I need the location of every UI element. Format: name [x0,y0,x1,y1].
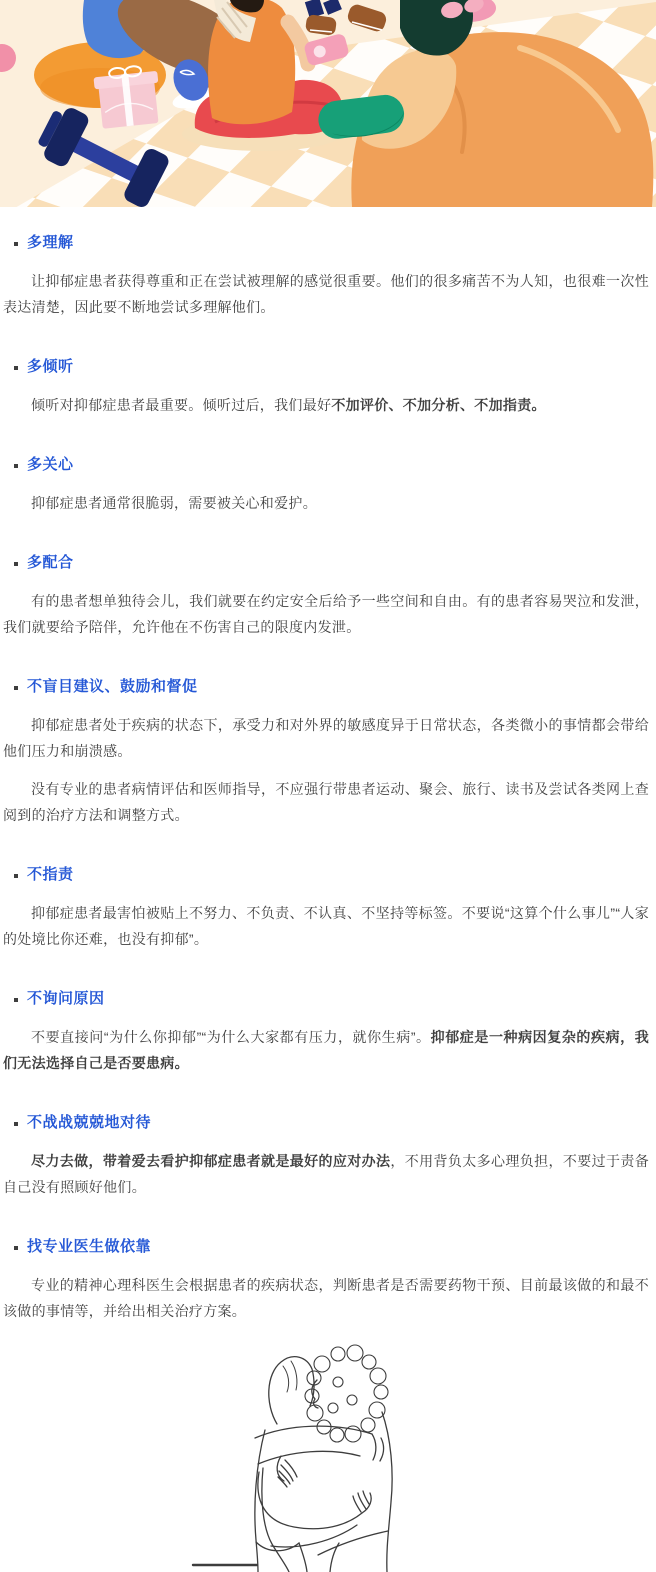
section-heading: 多配合 [14,550,649,576]
section-heading: 找专业医生做依靠 [14,1234,649,1260]
body-text: 不要直接问“为什么你抑郁”“为什么大家都有压力，就你生病”。 [31,1029,431,1045]
section-heading-text: 多理解 [27,230,74,256]
square-bullet-icon [14,1246,18,1250]
article-body: 多理解让抑郁症患者获得尊重和正在尝试被理解的感觉很重要。他们的很多痛苦不为人知，… [0,230,656,1324]
section-heading-text: 多倾听 [27,354,74,380]
picnic-group-illustration [0,0,656,207]
paragraph: 倾听对抑郁症患者最重要。倾听过后，我们最好不加评价、不加分析、不加指责。 [3,392,649,418]
paragraph: 有的患者想单独待会儿，我们就要在约定安全后给予一些空间和自由。有的患者容易哭泣和… [3,588,649,640]
body-text: 倾听对抑郁症患者最重要。倾听过后，我们最好 [31,397,331,413]
body-text: 有的患者想单独待会儿，我们就要在约定安全后给予一些空间和自由。有的患者容易哭泣和… [3,593,649,635]
section-heading-text: 找专业医生做依靠 [27,1234,151,1260]
emphasis-text: 尽力去做，带着爱去看护抑郁症患者就是最好的应对办法 [31,1153,390,1169]
curly-hair [305,1345,388,1442]
section-heading-text: 不战战兢兢地对待 [27,1110,151,1136]
section-heading: 多关心 [14,452,649,478]
body-text: 抑郁症患者通常很脆弱，需要被关心和爱护。 [31,495,317,511]
square-bullet-icon [14,998,18,1002]
paragraph: 尽力去做，带着爱去看护抑郁症患者就是最好的应对办法，不用背负太多心理负担，不要过… [3,1148,649,1200]
section-heading-text: 不询问原因 [27,986,105,1012]
section-heading: 不指责 [14,862,649,888]
section-heading-text: 不指责 [27,862,74,888]
paragraph: 抑郁症患者最害怕被贴上不努力、不负责、不认真、不坚持等标签。不要说“这算个什么事… [3,900,649,952]
square-bullet-icon [14,366,18,370]
article-sections: 多理解让抑郁症患者获得尊重和正在尝试被理解的感觉很重要。他们的很多痛苦不为人知，… [3,230,649,1324]
paragraph: 没有专业的患者病情评估和医师指导，不应强行带患者运动、聚会、旅行、读书及尝试各类… [3,776,649,828]
paragraph: 抑郁症患者处于疾病的状态下，承受力和对外界的敏感度异于日常状态，各类微小的事情都… [3,712,649,764]
body-text: 抑郁症患者处于疾病的状态下，承受力和对外界的敏感度异于日常状态，各类微小的事情都… [3,717,649,759]
paragraph: 不要直接问“为什么你抑郁”“为什么大家都有压力，就你生病”。抑郁症是一种病因复杂… [3,1024,649,1076]
body-text: 没有专业的患者病情评估和医师指导，不应强行带患者运动、聚会、旅行、读书及尝试各类… [3,781,649,823]
section-heading-text: 多关心 [27,452,74,478]
article-section: 不战战兢兢地对待尽力去做，带着爱去看护抑郁症患者就是最好的应对办法，不用背负太多… [3,1110,649,1200]
section-heading: 多理解 [14,230,649,256]
paragraph: 专业的精神心理科医生会根据患者的疾病状态，判断患者是否需要药物干预、目前最该做的… [3,1272,649,1324]
paragraph: 抑郁症患者通常很脆弱，需要被关心和爱护。 [3,490,649,516]
square-bullet-icon [14,874,18,878]
square-bullet-icon [14,686,18,690]
body-text: 专业的精神心理科医生会根据患者的疾病状态，判断患者是否需要药物干预、目前最该做的… [3,1277,649,1319]
article-section: 不指责抑郁症患者最害怕被贴上不努力、不负责、不认真、不坚持等标签。不要说“这算个… [3,862,649,952]
emphasis-text: 不加评价、不加分析、不加指责。 [331,397,546,413]
article-section: 不询问原因不要直接问“为什么你抑郁”“为什么大家都有压力，就你生病”。抑郁症是一… [3,986,649,1076]
square-bullet-icon [14,1122,18,1126]
article-section: 多关心抑郁症患者通常很脆弱，需要被关心和爱护。 [3,452,649,516]
square-bullet-icon [14,562,18,566]
article-section: 多倾听倾听对抑郁症患者最重要。倾听过后，我们最好不加评价、不加分析、不加指责。 [3,354,649,418]
body-text: 让抑郁症患者获得尊重和正在尝试被理解的感觉很重要。他们的很多痛苦不为人知，也很难… [3,273,649,315]
paragraph: 让抑郁症患者获得尊重和正在尝试被理解的感觉很重要。他们的很多痛苦不为人知，也很难… [3,268,649,320]
article-section: 多理解让抑郁症患者获得尊重和正在尝试被理解的感觉很重要。他们的很多痛苦不为人知，… [3,230,649,320]
body-text: 抑郁症患者最害怕被贴上不努力、不负责、不认真、不坚持等标签。不要说“这算个什么事… [3,905,649,947]
section-heading: 不战战兢兢地对待 [14,1110,649,1136]
section-heading-text: 多配合 [27,550,74,576]
article-section: 不盲目建议、鼓励和督促抑郁症患者处于疾病的状态下，承受力和对外界的敏感度异于日常… [3,674,649,828]
article-section: 多配合有的患者想单独待会儿，我们就要在约定安全后给予一些空间和自由。有的患者容易… [3,550,649,640]
section-heading: 多倾听 [14,354,649,380]
section-heading: 不询问原因 [14,986,649,1012]
square-bullet-icon [14,242,18,246]
hug-line-drawing-illustration [0,1340,656,1572]
article-page: { "page": { "language": "zh-CN", "topic"… [0,0,656,1572]
section-heading-text: 不盲目建议、鼓励和督促 [27,674,198,700]
square-bullet-icon [14,464,18,468]
section-heading: 不盲目建议、鼓励和督促 [14,674,649,700]
article-section: 找专业医生做依靠专业的精神心理科医生会根据患者的疾病状态，判断患者是否需要药物干… [3,1234,649,1324]
